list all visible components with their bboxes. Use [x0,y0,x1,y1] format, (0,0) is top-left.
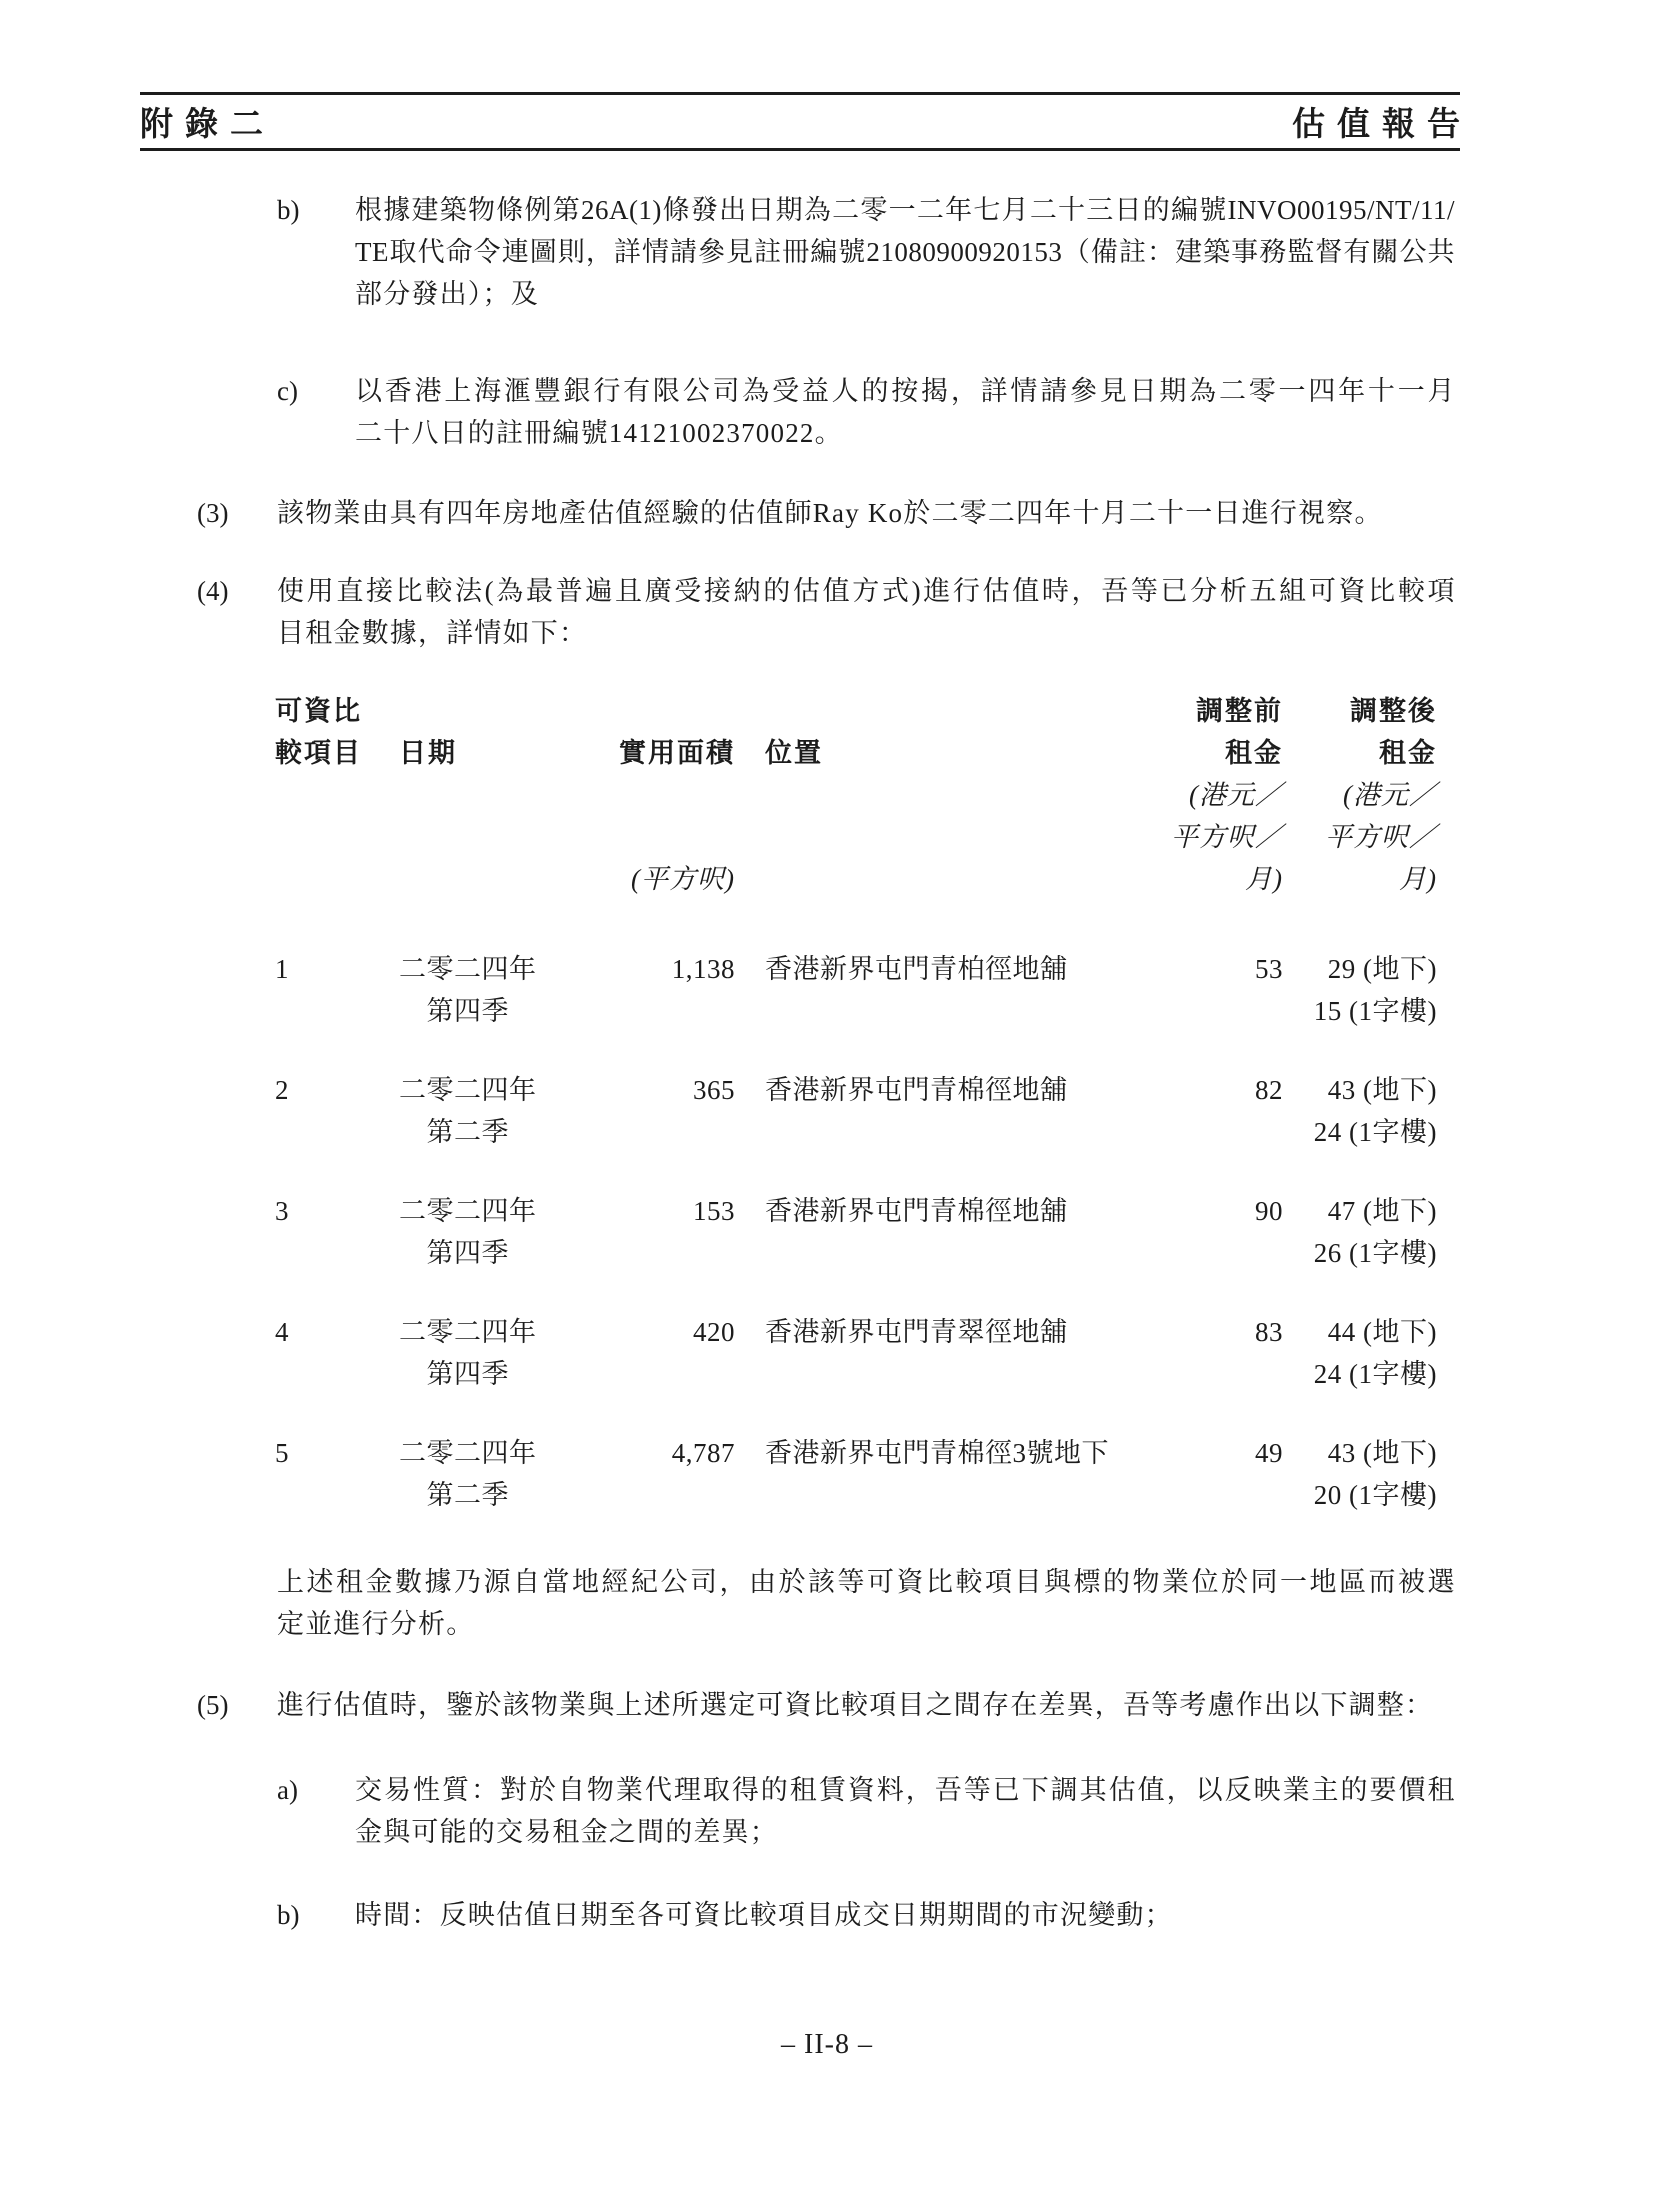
rent-after-cell: 43 (地下)24 (1字樓) [1283,1069,1437,1153]
rent-before: 53 [1123,948,1283,1032]
list-item-5: (5) 進行估值時，鑒於該物業與上述所選定可資比較項目之間存在差異，吾等考慮作出… [197,1684,1455,1726]
paragraph-line: 二十八日的註冊編號14121002370022。 [355,412,1455,454]
paragraph-line: TE取代命令連圖則，詳情請參見註冊編號21080900920153（備註：建築事… [355,231,1455,273]
paragraph-line: 交易性質：對於自物業代理取得的租賃資料，吾等已下調其估值，以反映業主的要價租 [355,1769,1455,1811]
date-cell: 二零二四年第二季 [399,1069,537,1153]
table-row: 3 二零二四年第四季 153 香港新界屯門青棉徑地舖 90 47 (地下)26 … [275,1190,1455,1274]
list-item-4: (4) 使用直接比較法(為最普遍且廣受接納的估值方式)進行估值時，吾等已分析五組… [197,570,1455,654]
unit-label: (港元／ [1283,774,1437,816]
table-row: 5 二零二四年第二季 4,787 香港新界屯門青棉徑3號地下 49 43 (地下… [275,1432,1455,1516]
saleable-area: 365 [575,1069,735,1153]
page-number: – II-8 – [781,2029,873,2060]
appendix-title: 附錄二 [140,98,275,145]
unit-label: (平方呎) [575,858,735,900]
unit-label: 平方呎／ [1283,816,1437,858]
document-page: 附錄二 估值報告 b) 根據建築物條例第26A(1)條發出日期為二零一二年七月二… [0,0,1654,2205]
saleable-area: 4,787 [575,1432,735,1516]
unit-label: (港元／ [1123,774,1283,816]
paragraph-line: 上述租金數據乃源自當地經紀公司，由於該等可資比較項目與標的物業位於同一地區而被選 [277,1561,1455,1603]
table-note-paragraph: 上述租金數據乃源自當地經紀公司，由於該等可資比較項目與標的物業位於同一地區而被選… [277,1561,1455,1645]
comparables-table: 可資比 調整前 調整後 較項目 日期 實用面積 位置 租金 租金 (港元／ (港… [275,690,1455,1516]
list-label: (4) [197,570,277,654]
location: 香港新界屯門青棉徑3號地下 [735,1432,1123,1516]
location: 香港新界屯門青柏徑地舖 [735,948,1123,1032]
list-label: b) [277,189,355,315]
column-header: 較項目 [275,732,399,774]
paragraph-line: 以香港上海滙豐銀行有限公司為受益人的按揭，詳情請參見日期為二零一四年十一月 [355,370,1455,412]
paragraph-line: 根據建築物條例第26A(1)條發出日期為二零一二年七月二十三日的編號INVO00… [355,189,1455,231]
column-header: 實用面積 [575,732,735,774]
rent-before: 90 [1123,1190,1283,1274]
list-item-b2: b) 時間：反映估值日期至各可資比較項目成交日期期間的市況變動； [277,1894,1455,1936]
paragraph-line: 部分發出）；及 [355,273,1455,315]
table-row: 1 二零二四年第四季 1,138 香港新界屯門青柏徑地舖 53 29 (地下)1… [275,948,1455,1032]
list-item-3: (3) 該物業由具有四年房地產估值經驗的估值師Ray Ko於二零二四年十月二十一… [197,492,1455,534]
rent-before: 49 [1123,1432,1283,1516]
rent-before: 82 [1123,1069,1283,1153]
list-item-a: a) 交易性質：對於自物業代理取得的租賃資料，吾等已下調其估值，以反映業主的要價… [277,1769,1455,1853]
report-title: 估值報告 [1292,98,1472,145]
rent-after-cell: 43 (地下)20 (1字樓) [1283,1432,1437,1516]
column-header: 日期 [399,732,575,774]
saleable-area: 153 [575,1190,735,1274]
column-header: 可資比 [275,690,399,732]
table-row: 4 二零二四年第四季 420 香港新界屯門青翠徑地舖 83 44 (地下)24 … [275,1311,1455,1395]
paragraph-line: 進行估值時，鑒於該物業與上述所選定可資比較項目之間存在差異，吾等考慮作出以下調整… [277,1684,1455,1726]
document-body: b) 根據建築物條例第26A(1)條發出日期為二零一二年七月二十三日的編號INV… [197,189,1455,1936]
unit-label: 平方呎／ [1123,816,1283,858]
list-label: b) [277,1894,355,1936]
unit-label: 月) [1123,858,1283,900]
location: 香港新界屯門青翠徑地舖 [735,1311,1123,1395]
header-bottom-rule [140,148,1460,151]
paragraph-line: 定並進行分析。 [277,1603,1455,1645]
date-cell: 二零二四年第四季 [399,1190,537,1274]
page-header: 附錄二 估值報告 [140,92,1460,151]
page-footer: – II-8 – [0,2024,1654,2066]
list-item-c: c) 以香港上海滙豐銀行有限公司為受益人的按揭，詳情請參見日期為二零一四年十一月… [277,370,1455,454]
column-header: 調整後 [1283,690,1437,732]
table-unit-row: (平方呎) 月) 月) [275,858,1455,900]
table-header-row: 較項目 日期 實用面積 位置 租金 租金 [275,732,1455,774]
rent-after-cell: 44 (地下)24 (1字樓) [1283,1311,1437,1395]
rent-after-cell: 29 (地下)15 (1字樓) [1283,948,1437,1032]
list-item-b: b) 根據建築物條例第26A(1)條發出日期為二零一二年七月二十三日的編號INV… [277,189,1455,315]
list-label: (3) [197,492,277,534]
column-header: 租金 [1283,732,1437,774]
rent-after-cell: 47 (地下)26 (1字樓) [1283,1190,1437,1274]
comparable-number: 5 [275,1432,399,1516]
date-cell: 二零二四年第四季 [399,948,537,1032]
paragraph-line: 該物業由具有四年房地產估值經驗的估值師Ray Ko於二零二四年十月二十一日進行視… [277,492,1455,534]
saleable-area: 420 [575,1311,735,1395]
rent-before: 83 [1123,1311,1283,1395]
location: 香港新界屯門青棉徑地舖 [735,1190,1123,1274]
date-cell: 二零二四年第四季 [399,1311,537,1395]
location: 香港新界屯門青棉徑地舖 [735,1069,1123,1153]
list-label: (5) [197,1684,277,1726]
column-header: 租金 [1123,732,1283,774]
unit-label: 月) [1283,858,1437,900]
paragraph-line: 目租金數據，詳情如下： [277,612,1455,654]
paragraph-line: 使用直接比較法(為最普遍且廣受接納的估值方式)進行估值時，吾等已分析五組可資比較… [277,570,1455,612]
date-cell: 二零二四年第二季 [399,1432,537,1516]
column-header: 調整前 [1123,690,1283,732]
table-unit-row: (港元／ (港元／ [275,774,1455,816]
paragraph-line: 時間：反映估值日期至各可資比較項目成交日期期間的市況變動； [355,1894,1455,1936]
list-label: c) [277,370,355,454]
comparable-number: 4 [275,1311,399,1395]
comparable-number: 2 [275,1069,399,1153]
saleable-area: 1,138 [575,948,735,1032]
table-row: 2 二零二四年第二季 365 香港新界屯門青棉徑地舖 82 43 (地下)24 … [275,1069,1455,1153]
column-header: 位置 [735,732,1123,774]
table-unit-row: 平方呎／ 平方呎／ [275,816,1455,858]
list-label: a) [277,1769,355,1853]
paragraph-line: 金與可能的交易租金之間的差異； [355,1811,1455,1853]
comparable-number: 3 [275,1190,399,1274]
table-header-row: 可資比 調整前 調整後 [275,690,1455,732]
comparable-number: 1 [275,948,399,1032]
